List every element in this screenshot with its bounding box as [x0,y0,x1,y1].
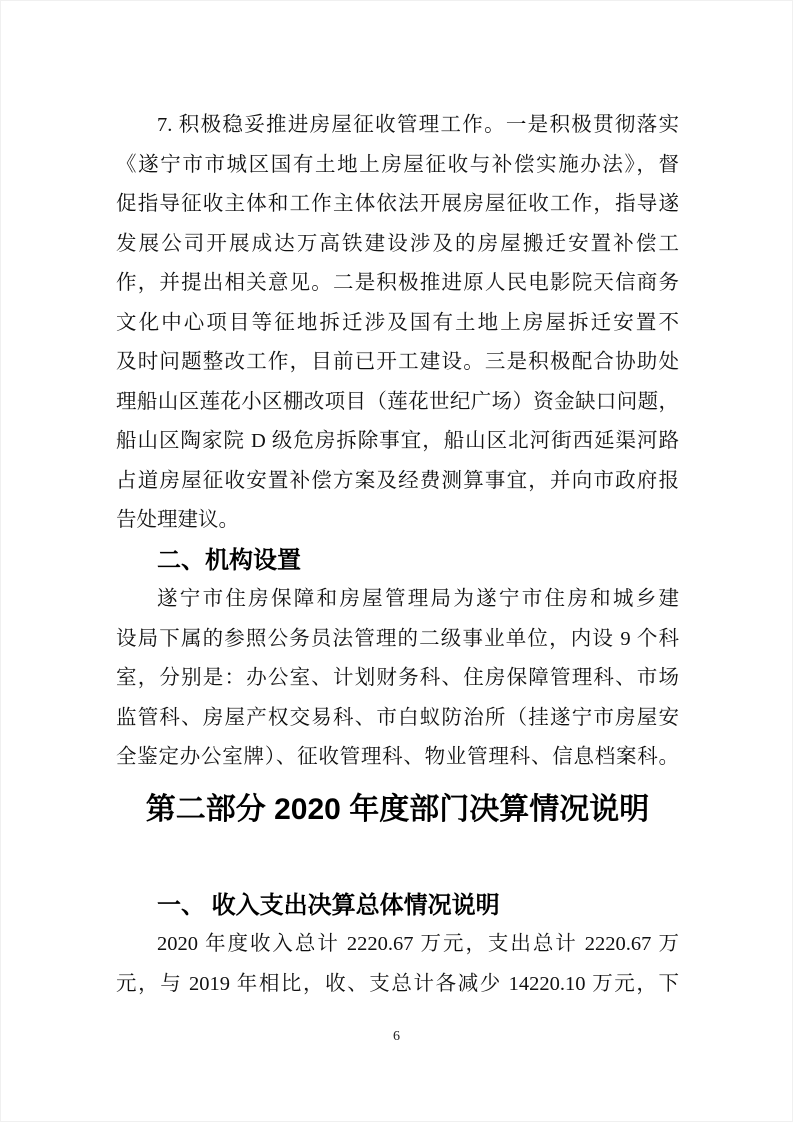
paragraph-line: 文化中心项目等征地拆迁涉及国有土地上房屋拆迁安置不 [116,304,679,344]
paragraph-line: 设局下属的参照公务员法管理的二级事业单位，内设 9 个科 [116,620,679,660]
section-heading-organization: 二、机构设置 [116,541,679,581]
paragraph-line: 2020 年度收入总计 2220.67 万元，支出总计 2220.67 万 [116,925,679,965]
paragraph-income-summary: 2020 年度收入总计 2220.67 万元，支出总计 2220.67 万 元，… [116,925,679,1004]
paragraph-line: 船山区陶家院 D 级危房拆除事宜，船山区北河街西延渠河路 [116,422,679,462]
paragraph-line: 《遂宁市市城区国有土地上房屋征收与补偿实施办法》，督 [116,146,679,186]
paragraph-line: 作，并提出相关意见。二是积极推进原人民电影院天信商务 [116,264,679,304]
paragraph-line: 全鉴定办公室牌）、征收管理科、物业管理科、信息档案科。 [116,738,679,778]
paragraph-line: 及时问题整改工作，目前已开工建设。三是积极配合协助处 [116,343,679,383]
paragraph-line: 促指导征收主体和工作主体依法开展房屋征收工作，指导遂 [116,185,679,225]
text-block: 7. 积极稳妥推进房屋征收管理工作。一是积极贯彻落实 《遂宁市市城区国有土地上房… [116,106,679,1004]
paragraph-line: 元，与 2019 年相比，收、支总计各减少 14220.10 万元，下 [116,965,679,1005]
paragraph-line: 理船山区莲花小区棚改项目（莲花世纪广场）资金缺口问题， [116,383,679,423]
paragraph-line: 7. 积极稳妥推进房屋征收管理工作。一是积极贯彻落实 [116,106,679,146]
paragraph-line: 占道房屋征收安置补偿方案及经费测算事宜，并向市政府报 [116,462,679,502]
paragraph-line: 遂宁市住房保障和房屋管理局为遂宁市住房和城乡建 [116,580,679,620]
paragraph-housing-expropriation: 7. 积极稳妥推进房屋征收管理工作。一是积极贯彻落实 《遂宁市市城区国有土地上房… [116,106,679,541]
paragraph-line: 监管科、房屋产权交易科、市白蚁防治所（挂遂宁市房屋安 [116,699,679,739]
paragraph-line: 室，分别是：办公室、计划财务科、住房保障管理科、市场 [116,659,679,699]
paragraph-organization: 遂宁市住房保障和房屋管理局为遂宁市住房和城乡建 设局下属的参照公务员法管理的二级… [116,580,679,778]
paragraph-line: 发展公司开展成达万高铁建设涉及的房屋搬迁安置补偿工 [116,225,679,265]
paragraph-line: 告处理建议。 [116,501,679,541]
section-heading-income-expenditure: 一、 收入支出决算总体情况说明 [116,886,679,926]
page-number: 6 [1,1029,792,1045]
part2-title: 第二部分 2020 年度部门决算情况说明 [116,786,679,834]
document-page: 7. 积极稳妥推进房屋征收管理工作。一是积极贯彻落实 《遂宁市市城区国有土地上房… [0,0,793,1122]
